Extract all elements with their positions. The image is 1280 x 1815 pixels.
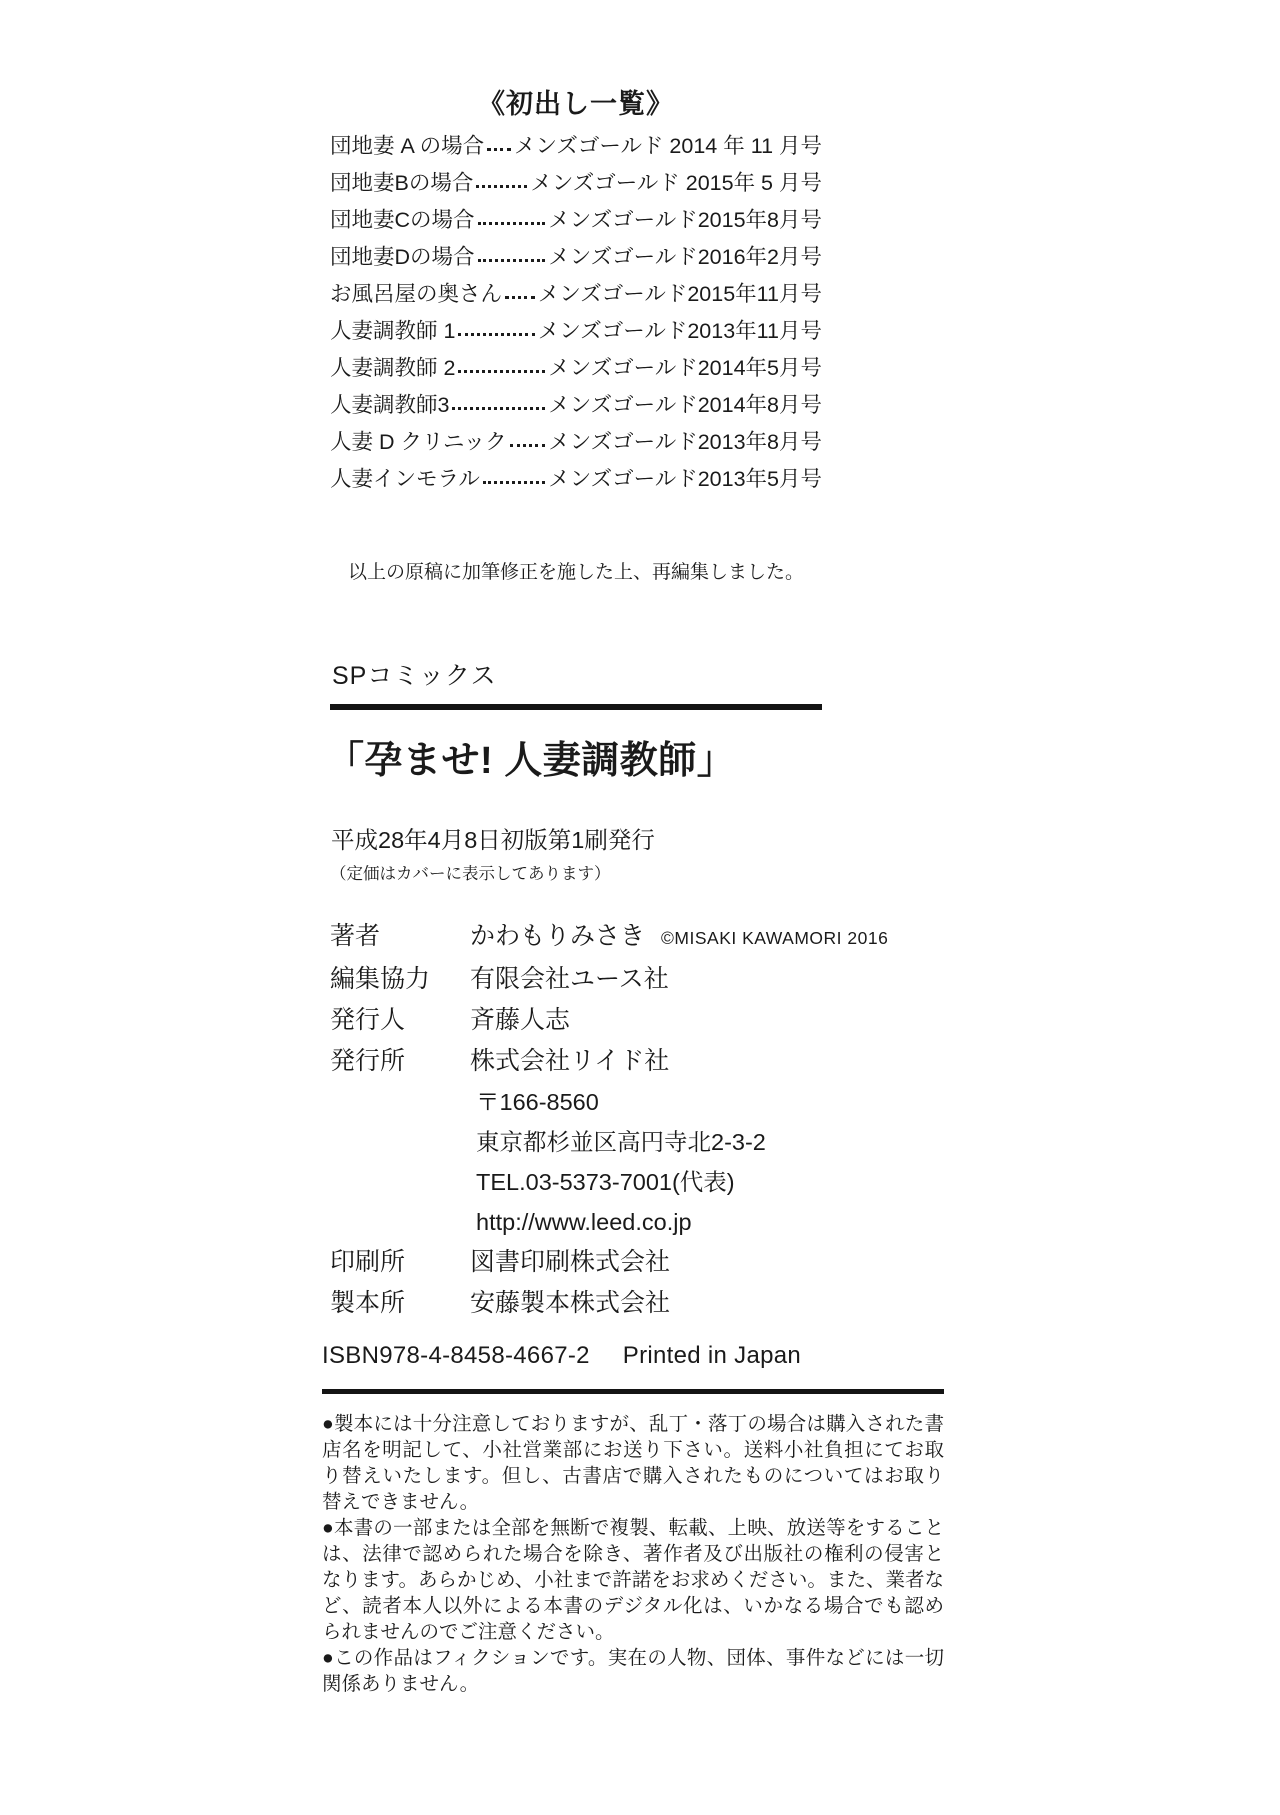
colophon-page: 《初出し一覧》 団地妻 A の場合 メンズゴールド 2014 年 11 月号 団… [0, 0, 1280, 1815]
work-title: 人妻 D クリニック [330, 431, 507, 454]
credit-row-binder: 製本所 安藤製本株式会社 [330, 1289, 950, 1317]
credit-label: 著者 [330, 922, 470, 950]
credit-row-printer: 印刷所 図書印刷株式会社 [330, 1248, 950, 1276]
publisher-url: http://www.leed.co.jp [476, 1208, 950, 1236]
book-title: 「孕ませ! 人妻調教師」 [326, 729, 735, 784]
credit-row-editing: 編集協力 有限会社ユース社 [330, 965, 950, 993]
work-title: 人妻調教師3 [330, 394, 449, 417]
magazine-issue: メンズゴールド2013年8月号 [548, 431, 822, 454]
publication-row: 人妻調教師3 メンズゴールド2014年8月号 [330, 394, 822, 417]
legal-notice-fiction: ●この作品はフィクションです。実在の人物、団体、事件などには一切関係ありません。 [322, 1646, 944, 1698]
magazine-issue: メンズゴールド 2015年 5 月号 [530, 172, 822, 195]
isbn-row: ISBN978-4-8458-4667-2 Printed in Japan [322, 1342, 801, 1370]
divider-rule-top [330, 704, 822, 710]
divider-rule-bottom [322, 1389, 944, 1394]
leader-dots [487, 135, 511, 151]
publication-row: 団地妻Cの場合 メンズゴールド2015年8月号 [330, 209, 822, 232]
legal-notices: ●製本には十分注意しておりますが、乱丁・落丁の場合は購入された書店名を明記して、… [322, 1412, 944, 1698]
work-title: 団地妻Cの場合 [330, 209, 475, 232]
credit-label: 製本所 [330, 1289, 470, 1317]
magazine-issue: メンズゴールド2014年5月号 [548, 357, 822, 380]
leader-dots [505, 283, 535, 299]
publication-row: 人妻調教師 2 メンズゴールド2014年5月号 [330, 357, 822, 380]
printed-in-japan: Printed in Japan [623, 1342, 801, 1369]
magazine-issue: メンズゴールド2013年11月号 [538, 320, 822, 343]
legal-notice-copyright: ●本書の一部または全部を無断で複製、転載、上映、放送等をすることは、法律で認めら… [322, 1516, 944, 1646]
copyright-note: ©MISAKI KAWAMORI 2016 [661, 924, 888, 952]
credits-table: 著者 かわもりみさき ©MISAKI KAWAMORI 2016 編集協力 有限… [330, 922, 950, 1330]
magazine-issue: メンズゴールド2013年5月号 [548, 468, 822, 491]
credit-row-issuer: 発行人 斉藤人志 [330, 1006, 950, 1034]
leader-dots [476, 172, 527, 188]
leader-dots [458, 357, 545, 373]
credit-value: かわもりみさき [470, 922, 645, 950]
leader-dots [478, 246, 546, 262]
leader-dots [510, 431, 546, 447]
publication-row: 人妻インモラル メンズゴールド2013年5月号 [330, 468, 822, 491]
credit-value: 安藤製本株式会社 [470, 1289, 670, 1317]
series-label: SPコミックス [332, 656, 497, 692]
leader-dots [478, 209, 546, 225]
work-title: 団地妻 A の場合 [330, 135, 484, 158]
work-title: 団地妻Dの場合 [330, 246, 475, 269]
magazine-issue: メンズゴールド2016年2月号 [548, 246, 822, 269]
reedit-note: 以上の原稿に加筆修正を施した上、再編集しました。 [330, 557, 822, 584]
publication-row: 団地妻Bの場合 メンズゴールド 2015年 5 月号 [330, 172, 822, 195]
work-title: 人妻インモラル [330, 468, 480, 491]
edition-date: 平成28年4月8日初版第1刷発行 [331, 821, 655, 855]
leader-dots [483, 468, 545, 484]
publisher-postal-code: 〒166-8560 [476, 1088, 950, 1116]
isbn: ISBN978-4-8458-4667-2 [322, 1342, 590, 1369]
publication-row: 団地妻Dの場合 メンズゴールド2016年2月号 [330, 246, 822, 269]
credit-label: 発行人 [330, 1006, 470, 1034]
magazine-issue: メンズゴールド2015年11月号 [538, 283, 822, 306]
credit-label: 印刷所 [330, 1248, 470, 1276]
publisher-phone: TEL.03-5373-7001(代表) [476, 1168, 950, 1196]
work-title: 団地妻Bの場合 [330, 172, 473, 195]
credit-row-publisher: 発行所 株式会社リイド社 [330, 1047, 950, 1075]
publication-row: 団地妻 A の場合 メンズゴールド 2014 年 11 月号 [330, 135, 822, 158]
page-title: 《初出し一覧》 [330, 82, 822, 121]
credit-label: 編集協力 [330, 965, 470, 993]
magazine-issue: メンズゴールド2014年8月号 [548, 394, 822, 417]
credit-value: 図書印刷株式会社 [470, 1248, 670, 1276]
work-title: 人妻調教師 1 [330, 320, 455, 343]
leader-dots [452, 394, 545, 410]
credit-value: 有限会社ユース社 [470, 965, 669, 993]
leader-dots [458, 320, 534, 336]
first-publication-list: 団地妻 A の場合 メンズゴールド 2014 年 11 月号 団地妻Bの場合 メ… [330, 135, 822, 505]
magazine-issue: メンズゴールド 2014 年 11 月号 [514, 135, 822, 158]
publication-row: 人妻 D クリニック メンズゴールド2013年8月号 [330, 431, 822, 454]
credit-value: 斉藤人志 [470, 1006, 570, 1034]
publication-row: 人妻調教師 1 メンズゴールド2013年11月号 [330, 320, 822, 343]
credit-value: 株式会社リイド社 [470, 1047, 669, 1075]
credit-label: 発行所 [330, 1047, 470, 1075]
publisher-address: 東京都杉並区高円寺北2-3-2 [476, 1128, 950, 1156]
credit-row-author: 著者 かわもりみさき ©MISAKI KAWAMORI 2016 [330, 922, 950, 952]
price-note: （定価はカバーに表示してあります） [330, 860, 611, 884]
work-title: 人妻調教師 2 [330, 357, 455, 380]
publication-row: お風呂屋の奥さん メンズゴールド2015年11月号 [330, 283, 822, 306]
magazine-issue: メンズゴールド2015年8月号 [548, 209, 822, 232]
legal-notice-returns: ●製本には十分注意しておりますが、乱丁・落丁の場合は購入された書店名を明記して、… [322, 1412, 944, 1516]
work-title: お風呂屋の奥さん [330, 283, 502, 306]
